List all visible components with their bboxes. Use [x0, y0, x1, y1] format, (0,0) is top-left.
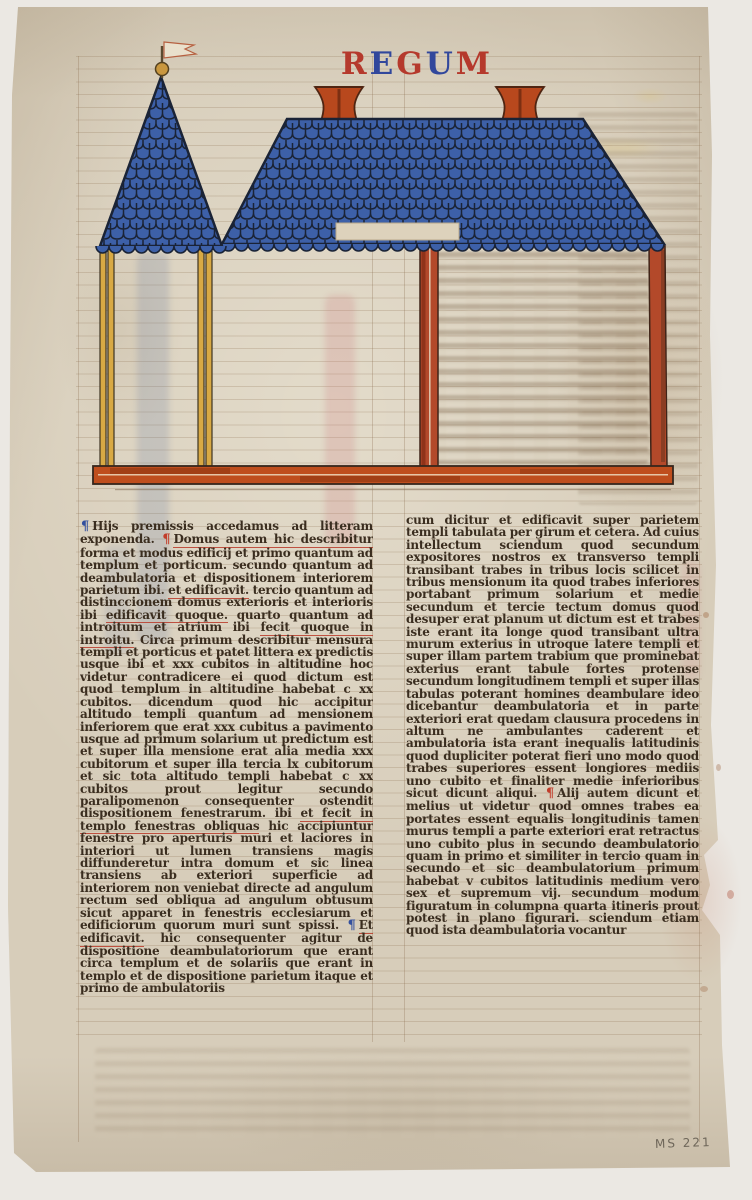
text-segment: hic accipiuntur fenestre pro aperturis m…	[80, 819, 373, 932]
title-letter: U	[426, 46, 456, 82]
stain-spot	[727, 890, 734, 899]
text-column-right: cum dicitur et edificavit super parietem…	[406, 514, 699, 1026]
shelfmark-label: MS 221	[655, 1135, 712, 1151]
title-letter: E	[370, 46, 397, 82]
stain-spot	[716, 764, 721, 771]
page-title: REGUM	[332, 46, 502, 84]
text-segment: Circa primum describitur mensura templi …	[80, 633, 373, 821]
manuscript-photo: { "document": { "type": "illuminated man…	[0, 0, 752, 1200]
text-segment: Alij autem dicunt et melius ut videtur q…	[406, 786, 699, 937]
title-letter: G	[396, 46, 425, 82]
title-letter: R	[341, 46, 370, 82]
text-column-left: ¶Hijs premissis accedamus ad litteram ex…	[80, 520, 373, 1042]
text-segment: cum dicitur et edificavit super parietem…	[406, 514, 699, 800]
title-letter: M	[456, 46, 493, 82]
